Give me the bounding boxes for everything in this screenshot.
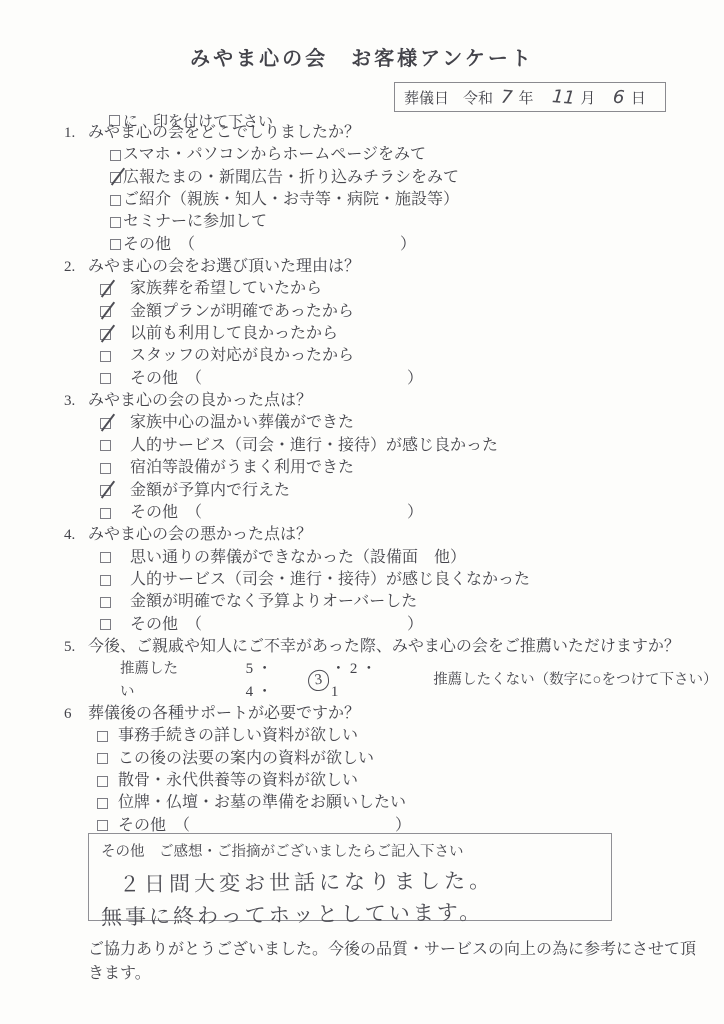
option-row: 人的サービス（司会・進行・接待）が感じ良かった bbox=[64, 435, 714, 457]
handwritten-year: 7 bbox=[500, 86, 513, 108]
option-label: その他 （ bbox=[130, 614, 202, 636]
question-1: 1. みやま心の会をどこでしりましたか？ bbox=[64, 122, 714, 144]
checkbox-icon bbox=[100, 284, 111, 295]
option-label: スマホ・パソコンからホームページをみて bbox=[123, 144, 426, 166]
month-unit: 月 bbox=[580, 87, 595, 108]
option-row: セミナーに参加して bbox=[64, 211, 714, 233]
handwritten-comment-line2: 無事に終わってホッとしています。 bbox=[101, 895, 599, 932]
checkbox-icon bbox=[97, 776, 108, 787]
checkbox-icon bbox=[100, 485, 111, 496]
paren-close: ） bbox=[407, 614, 423, 636]
rating-circled-3: 3 bbox=[307, 669, 330, 692]
question-list: 1. みやま心の会をどこでしりましたか？ スマホ・パソコンからホームページをみて… bbox=[64, 122, 714, 837]
scale-right-label: 推薦したくない（数字に○をつけて下さい） bbox=[433, 669, 714, 691]
option-row: 金額が予算内で行えた bbox=[64, 480, 714, 502]
checkbox-icon bbox=[100, 440, 111, 451]
day-unit: 日 bbox=[631, 87, 646, 108]
scale-left-label: 推薦したい bbox=[120, 658, 192, 703]
checkbox-icon bbox=[100, 619, 111, 630]
checkbox-icon bbox=[97, 731, 108, 742]
checkbox-icon bbox=[110, 217, 121, 228]
option-row: スマホ・パソコンからホームページをみて bbox=[64, 144, 714, 166]
option-label: スタッフの対応が良かったから bbox=[130, 345, 354, 367]
scanned-survey-page: みやま心の会 お客様アンケート 葬儀日 令和 7 年 11 月 6 日 に 印を… bbox=[0, 0, 724, 1024]
era-label: 令和 bbox=[463, 87, 493, 108]
paren-close: ） bbox=[400, 234, 416, 256]
checkbox-icon bbox=[100, 329, 111, 340]
checkbox-icon bbox=[110, 239, 121, 250]
recommendation-scale: 推薦したい 5・4・ 3 ・2・1 推薦したくない（数字に○をつけて下さい） bbox=[64, 658, 714, 703]
checkbox-icon bbox=[110, 172, 121, 183]
option-label: 事務手続きの詳しい資料が欲しい bbox=[118, 725, 358, 747]
option-label: 人的サービス（司会・進行・接待）が感じ良くなかった bbox=[130, 569, 530, 591]
option-label: 散骨・永代供養等の資料が欲しい bbox=[118, 770, 358, 792]
question-text: みやま心の会の良かった点は？ bbox=[88, 390, 312, 412]
question-number: 2. bbox=[64, 256, 88, 278]
option-row: 家族中心の温かい葬儀ができた bbox=[64, 412, 714, 434]
option-row: 金額プランが明確であったから bbox=[64, 301, 714, 323]
checkbox-icon bbox=[100, 306, 111, 317]
option-label: 家族中心の温かい葬儀ができた bbox=[130, 412, 354, 434]
option-label: 思い通りの葬儀ができなかった（設備面 他） bbox=[130, 547, 466, 569]
option-row: スタッフの対応が良かったから bbox=[64, 345, 714, 367]
checkbox-icon bbox=[100, 575, 111, 586]
date-box-label: 葬儀日 bbox=[404, 87, 449, 108]
option-row: 以前も利用して良かったから bbox=[64, 323, 714, 345]
paren-close: ） bbox=[407, 502, 423, 524]
question-text: 今後、ご親戚や知人にご不幸があった際、みやま心の会をご推薦いただけますか？ bbox=[88, 636, 680, 658]
option-row-other: その他 （ ） bbox=[64, 502, 714, 524]
question-4: 4. みやま心の会の悪かった点は？ bbox=[64, 524, 714, 546]
option-row: 位牌・仏壇・お墓の準備をお願いしたい bbox=[64, 792, 714, 814]
checkbox-icon bbox=[100, 597, 111, 608]
option-label: 以前も利用して良かったから bbox=[130, 323, 338, 345]
option-row: この後の法要の案内の資料が欲しい bbox=[64, 748, 714, 770]
checkbox-icon bbox=[100, 463, 111, 474]
option-label: その他 （ bbox=[123, 234, 195, 256]
handwritten-comment-line1: ２日間大変お世話になりました。 bbox=[119, 863, 599, 898]
handwritten-month: 11 bbox=[551, 86, 576, 109]
question-5: 5. 今後、ご親戚や知人にご不幸があった際、みやま心の会をご推薦いただけますか？ bbox=[64, 636, 714, 658]
option-label: 家族葬を希望していたから bbox=[130, 278, 322, 300]
option-label: その他 （ bbox=[130, 368, 202, 390]
option-row: 広報たまの・新聞広告・折り込みチラシをみて bbox=[64, 167, 714, 189]
option-row-other: その他 （ ） bbox=[64, 234, 714, 256]
question-number: 3. bbox=[64, 390, 88, 412]
checkbox-icon bbox=[97, 820, 108, 831]
checkbox-icon bbox=[97, 753, 108, 764]
scale-numbers-before: 5・4・ bbox=[246, 658, 306, 703]
option-row: 家族葬を希望していたから bbox=[64, 278, 714, 300]
option-label: 位牌・仏壇・お墓の準備をお願いしたい bbox=[118, 792, 406, 814]
option-label: セミナーに参加して bbox=[123, 211, 267, 233]
comment-box: その他 ご感想・ご指摘がございましたらご記入下さい ２日間大変お世話になりました… bbox=[88, 833, 612, 921]
checkbox-icon bbox=[97, 798, 108, 809]
option-label: 広報たまの・新聞広告・折り込みチラシをみて bbox=[123, 167, 459, 189]
year-unit: 年 bbox=[518, 87, 533, 108]
option-row: 宿泊等設備がうまく利用できた bbox=[64, 457, 714, 479]
checkbox-icon bbox=[110, 150, 121, 161]
option-row-other: その他 （ ） bbox=[64, 368, 714, 390]
checkbox-icon bbox=[100, 351, 111, 362]
option-row: ご紹介（親族・知人・お寺等・病院・施設等） bbox=[64, 189, 714, 211]
checkbox-icon bbox=[100, 508, 111, 519]
question-number: 4. bbox=[64, 524, 88, 546]
question-text: みやま心の会をお選び頂いた理由は？ bbox=[88, 256, 360, 278]
option-label: 金額が予算内で行えた bbox=[130, 480, 290, 502]
scale-numbers-after: ・2・1 bbox=[331, 658, 391, 703]
option-row-other: その他 （ ） bbox=[64, 614, 714, 636]
option-label: この後の法要の案内の資料が欲しい bbox=[118, 748, 374, 770]
paren-close: ） bbox=[407, 368, 423, 390]
handwritten-day: 6 bbox=[613, 86, 626, 108]
question-text: 葬儀後の各種サポートが必要ですか？ bbox=[88, 703, 360, 725]
option-row: 事務手続きの詳しい資料が欲しい bbox=[64, 725, 714, 747]
option-label: 宿泊等設備がうまく利用できた bbox=[130, 457, 354, 479]
option-label: 人的サービス（司会・進行・接待）が感じ良かった bbox=[130, 435, 498, 457]
comment-box-header: その他 ご感想・ご指摘がございましたらご記入下さい bbox=[101, 840, 599, 861]
option-row: 人的サービス（司会・進行・接待）が感じ良くなかった bbox=[64, 569, 714, 591]
option-row: 散骨・永代供養等の資料が欲しい bbox=[64, 770, 714, 792]
closing-note: ご協力ありがとうございました。今後の品質・サービスの向上の為に参考にさせて頂きま… bbox=[88, 938, 700, 985]
question-number: 5. bbox=[64, 636, 88, 658]
option-row: 金額が明確でなく予算よりオーバーした bbox=[64, 591, 714, 613]
question-text: みやま心の会の悪かった点は？ bbox=[88, 524, 312, 546]
question-2: 2. みやま心の会をお選び頂いた理由は？ bbox=[64, 256, 714, 278]
option-label: 金額が明確でなく予算よりオーバーした bbox=[130, 591, 417, 613]
funeral-date-box: 葬儀日 令和 7 年 11 月 6 日 bbox=[394, 82, 666, 112]
option-label: ご紹介（親族・知人・お寺等・病院・施設等） bbox=[123, 189, 459, 211]
checkbox-icon bbox=[100, 373, 111, 384]
question-6: 6 葬儀後の各種サポートが必要ですか？ bbox=[64, 703, 714, 725]
checkbox-icon bbox=[100, 418, 111, 429]
checkbox-icon bbox=[110, 195, 121, 206]
question-3: 3. みやま心の会の良かった点は？ bbox=[64, 390, 714, 412]
checkbox-icon bbox=[100, 552, 111, 563]
question-text: みやま心の会をどこでしりましたか？ bbox=[88, 122, 360, 144]
option-label: 金額プランが明確であったから bbox=[130, 301, 354, 323]
question-number: 1. bbox=[64, 122, 88, 144]
option-label: その他 （ bbox=[130, 502, 202, 524]
option-row: 思い通りの葬儀ができなかった（設備面 他） bbox=[64, 547, 714, 569]
question-number: 6 bbox=[64, 703, 88, 725]
form-title: みやま心の会 お客様アンケート bbox=[0, 42, 724, 71]
